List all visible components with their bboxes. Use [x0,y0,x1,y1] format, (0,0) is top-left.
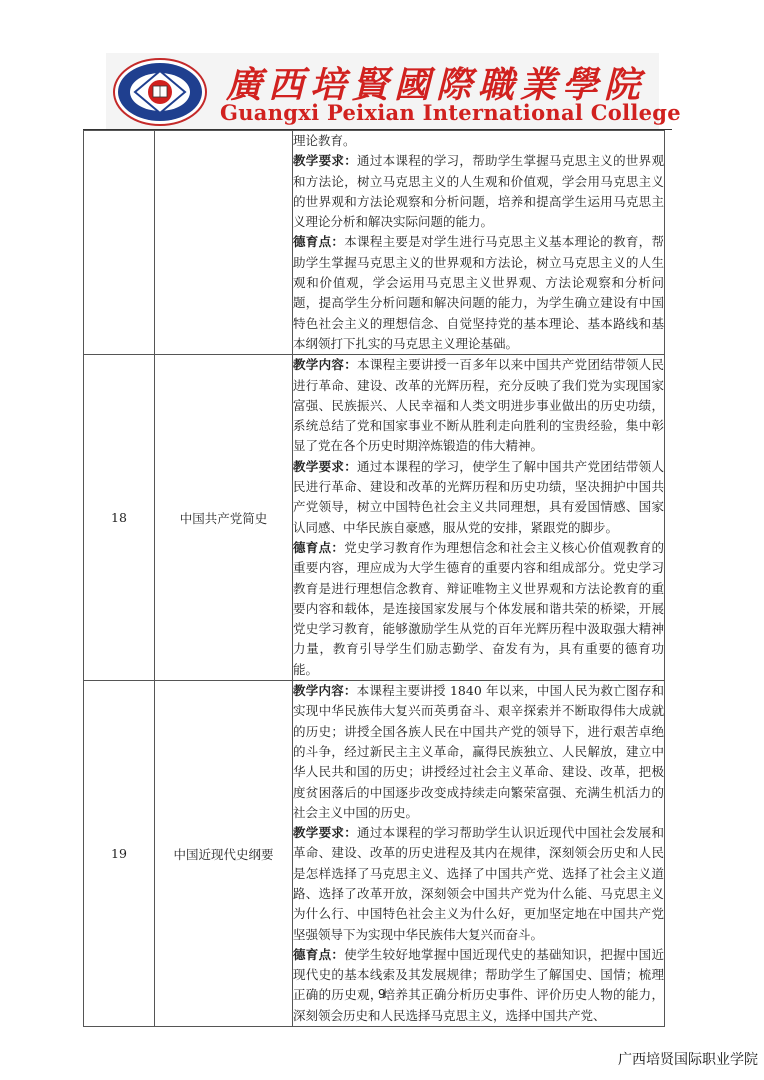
table-row: 18 中国共产党简史 教学内容：本课程主要讲授一百多年以来中国共产党团结带领人民… [84,355,665,681]
course-name-cell: 中国近现代史纲要 [155,681,293,1027]
course-number-cell [84,131,155,355]
description-paragraph: 教学要求：通过本课程的学习，帮助学生掌握马克思主义的世界观和方法论，树立马克思主… [293,151,664,232]
paragraph-label: 德育点： [293,540,344,555]
description-paragraph: 理论教育。 [293,131,664,151]
page-number: 9 [378,987,386,1001]
description-paragraph: 德育点：党史学习教育作为理想信念和社会主义核心价值观教育的重要内容，理应成为大学… [293,538,664,680]
course-number-cell: 19 [84,681,155,1027]
paragraph-label: 教学内容： [293,357,357,372]
paragraph-label: 教学要求： [293,153,357,168]
paragraph-label: 德育点： [293,947,344,962]
paragraph-text: 本课程主要是对学生进行马克思主义基本理论的教育，帮助学生掌握马克思主义的世界观和… [293,234,664,350]
paragraph-label: 德育点： [293,234,344,249]
description-paragraph: 教学内容：本课程主要讲授一百多年以来中国共产党团结带领人民进行革命、建设、改革的… [293,355,664,456]
description-paragraph: 教学内容：本课程主要讲授 1840 年以来，中国人民为救亡图存和实现中华民族伟大… [293,681,664,823]
description-paragraph: 教学要求：通过本课程的学习帮助学生认识近现代中国社会发展和革命、建设、改革的历史… [293,823,664,945]
description-paragraph: 教学要求：通过本课程的学习，使学生了解中国共产党团结带领人民进行革命、建设和改革… [293,457,664,538]
paragraph-text: 通过本课程的学习帮助学生认识近现代中国社会发展和革命、建设、改革的历史进程及其内… [293,825,664,941]
paragraph-label: 教学要求： [293,459,357,474]
college-emblem-icon [111,57,209,127]
course-name-cell: 中国共产党简史 [155,355,293,681]
paragraph-label: 教学要求： [293,825,357,840]
table-row: 19 中国近现代史纲要 教学内容：本课程主要讲授 1840 年以来，中国人民为救… [84,681,665,1027]
course-description-cell: 理论教育。 教学要求：通过本课程的学习，帮助学生掌握马克思主义的世界观和方法论，… [293,131,665,355]
course-description-cell: 教学内容：本课程主要讲授一百多年以来中国共产党团结带领人民进行革命、建设、改革的… [293,355,665,681]
college-title-english: Guangxi Peixian International College [220,100,681,125]
description-paragraph: 德育点：使学生较好地掌握中国近现代史的基础知识，把握中国近现代史的基本线索及其发… [293,945,664,1026]
paragraph-text: 理论教育。 [293,133,356,148]
description-paragraph: 德育点：本课程主要是对学生进行马克思主义基本理论的教育，帮助学生掌握马克思主义的… [293,232,664,354]
paragraph-text: 党史学习教育作为理想信念和社会主义核心价值观教育的重要内容，理应成为大学生德育的… [293,540,664,677]
college-header-banner: 廣西培賢國際職業學院 Guangxi Peixian International… [106,53,659,129]
course-number-cell: 18 [84,355,155,681]
paragraph-text: 本课程主要讲授 1840 年以来，中国人民为救亡图存和实现中华民族伟大复兴而英勇… [293,683,664,820]
course-table: 理论教育。 教学要求：通过本课程的学习，帮助学生掌握马克思主义的世界观和方法论，… [83,130,665,1027]
footer-college-name: 广西培贤国际职业学院 [618,1049,758,1069]
course-description-cell: 教学内容：本课程主要讲授 1840 年以来，中国人民为救亡图存和实现中华民族伟大… [293,681,665,1027]
course-name-cell [155,131,293,355]
table-row: 理论教育。 教学要求：通过本课程的学习，帮助学生掌握马克思主义的世界观和方法论，… [84,131,665,355]
paragraph-label: 教学内容： [293,683,357,698]
paragraph-text: 使学生较好地掌握中国近现代史的基础知识，把握中国近现代史的基本线索及其发展规律；… [293,947,664,1023]
